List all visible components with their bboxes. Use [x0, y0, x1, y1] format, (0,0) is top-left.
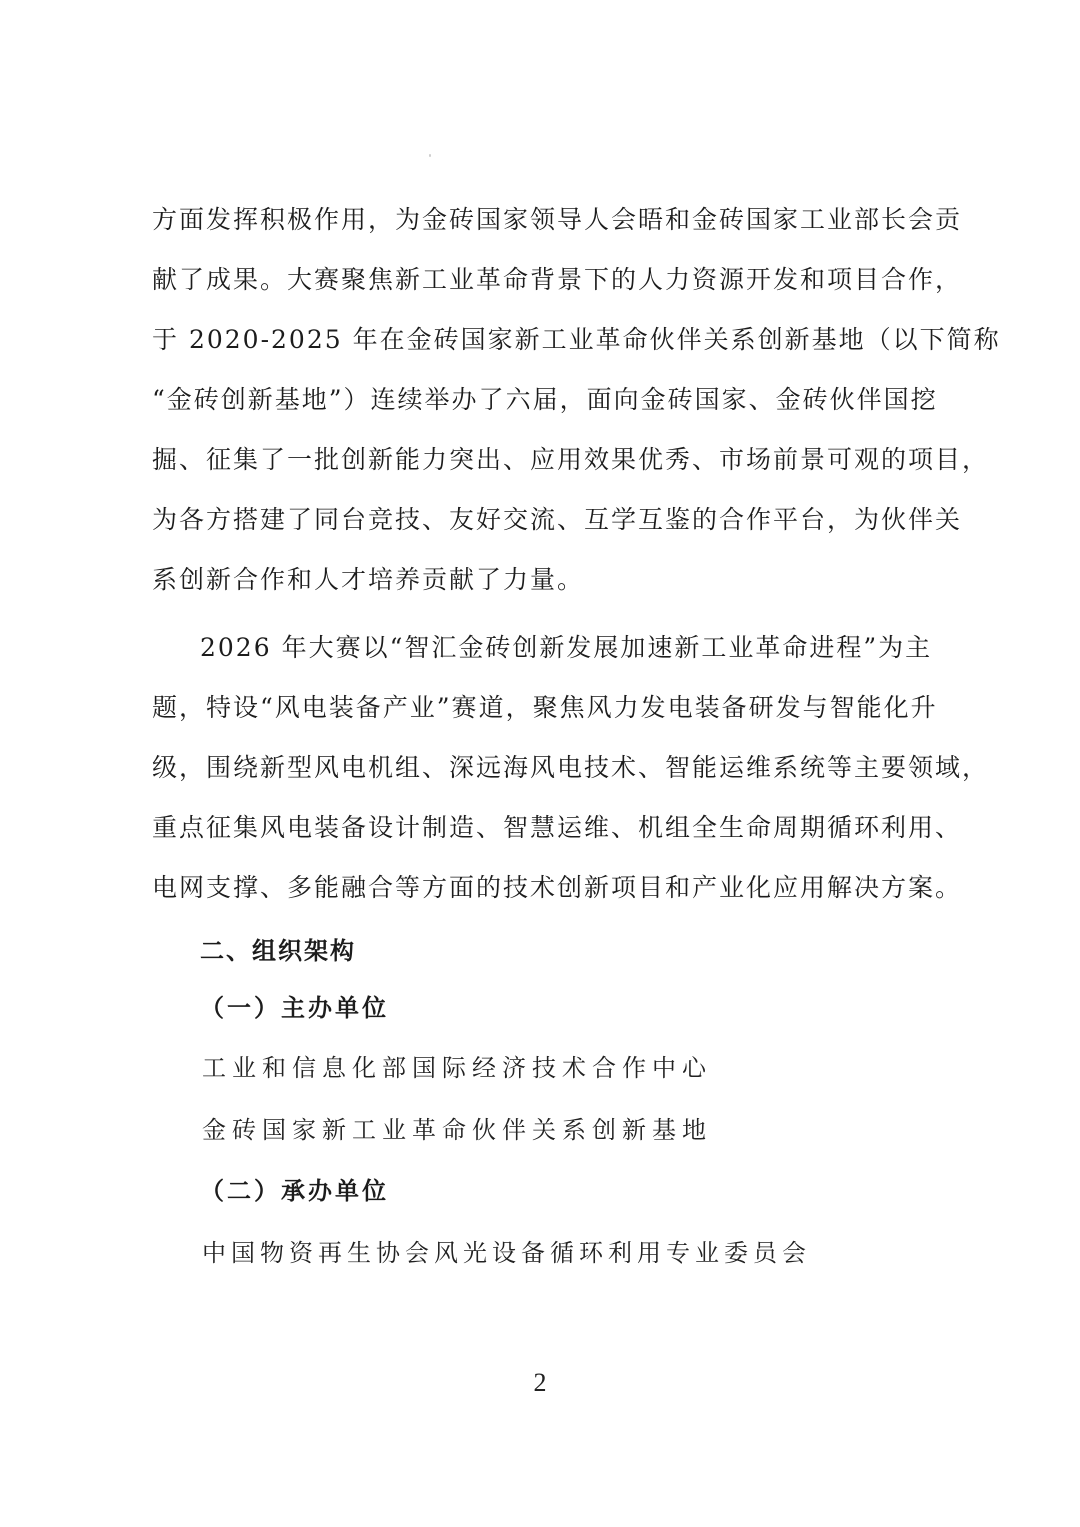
paragraph-line: “金砖创新基地”）连续举办了六届，面向金砖国家、金砖伙伴国挖	[152, 370, 924, 430]
paragraph-theme: 2026 年大赛以“智汇金砖创新发展加速新工业革命进程”为主 题，特设“风电装备…	[152, 618, 924, 918]
document-page: 方面发挥积极作用，为金砖国家领导人会晤和金砖国家工业部长会贡 献了成果。大赛聚焦…	[0, 0, 1080, 1527]
paragraph-line: 重点征集风电装备设计制造、智慧运维、机组全生命周期循环利用、	[152, 798, 924, 858]
paragraph-line: 方面发挥积极作用，为金砖国家领导人会晤和金砖国家工业部长会贡	[152, 190, 924, 250]
paragraph-line: 2026 年大赛以“智汇金砖创新发展加速新工业革命进程”为主	[152, 618, 924, 678]
page-number: 2	[0, 1368, 1080, 1398]
host-item: 中国物资再生协会风光设备循环利用专业委员会	[202, 1233, 811, 1273]
organizer-item: 金砖国家新工业革命伙伴关系创新基地	[202, 1110, 712, 1150]
paragraph-line: 为各方搭建了同台竞技、友好交流、互学互鉴的合作平台，为伙伴关	[152, 490, 924, 550]
paragraph-line: 系创新合作和人才培养贡献了力量。	[152, 550, 924, 610]
paragraph-line: 献了成果。大赛聚焦新工业革命背景下的人力资源开发和项目合作，	[152, 250, 924, 310]
subsection-heading-organizers: （一）主办单位	[200, 988, 389, 1028]
section-heading-organization: 二、组织架构	[200, 931, 356, 971]
organizer-item: 工业和信息化部国际经济技术合作中心	[202, 1048, 712, 1088]
paragraph-line: 题，特设“风电装备产业”赛道，聚焦风力发电装备研发与智能化升	[152, 678, 924, 738]
paragraph-background: 方面发挥积极作用，为金砖国家领导人会晤和金砖国家工业部长会贡 献了成果。大赛聚焦…	[152, 190, 924, 610]
paragraph-line: 级，围绕新型风电机组、深远海风电技术、智能运维系统等主要领域，	[152, 738, 924, 798]
scan-speck	[429, 154, 431, 157]
subsection-heading-hosts: （二）承办单位	[200, 1171, 389, 1211]
paragraph-line: 电网支撑、多能融合等方面的技术创新项目和产业化应用解决方案。	[152, 858, 924, 918]
paragraph-line: 于 2020-2025 年在金砖国家新工业革命伙伴关系创新基地（以下简称	[152, 310, 924, 370]
paragraph-line: 掘、征集了一批创新能力突出、应用效果优秀、市场前景可观的项目，	[152, 430, 924, 490]
